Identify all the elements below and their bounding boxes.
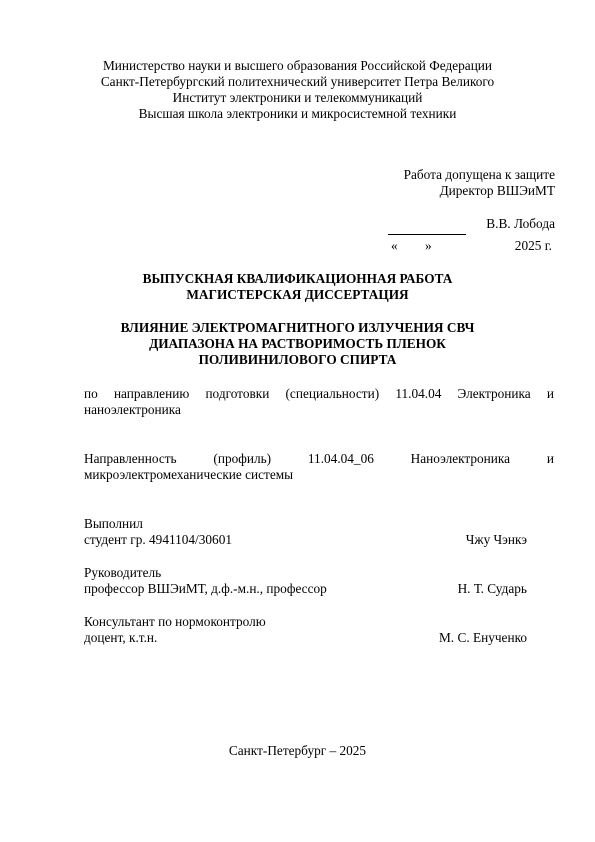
director-position: Директор ВШЭиМТ (440, 183, 555, 199)
direction-word: 11.04.04 (395, 386, 441, 402)
signature-line (388, 234, 466, 235)
direction-word: по (84, 386, 98, 402)
profile-word: 11.04.04_06 (308, 451, 374, 467)
ministry-line: Министерство науки и высшего образования… (0, 58, 595, 74)
work-type-line-1: ВЫПУСКНАЯ КВАЛИФИКАЦИОННАЯ РАБОТА (0, 271, 595, 287)
direction-word: Электроника (458, 386, 531, 402)
direction-word: подготовки (205, 386, 269, 402)
consultant-name: М. С. Енученко (439, 630, 527, 646)
direction-word: направлению (114, 386, 189, 402)
profile-word: (профиль) (213, 451, 271, 467)
author-detail: студент гр. 4941104/30601 (84, 532, 232, 548)
direction-line-1: по направлению подготовки (специальности… (84, 386, 554, 402)
institute-line: Институт электроники и телекоммуникаций (0, 90, 595, 106)
supervisor-name: Н. Т. Сударь (458, 581, 527, 597)
profile-line-2: микроэлектромеханические системы (84, 467, 293, 483)
title-line-1: ВЛИЯНИЕ ЭЛЕКТРОМАГНИТНОГО ИЗЛУЧЕНИЯ СВЧ (0, 320, 595, 336)
date-quote-close: » (425, 238, 432, 254)
university-line: Санкт-Петербургский политехнический унив… (0, 74, 595, 90)
profile-word: и (547, 451, 554, 467)
direction-word: и (547, 386, 554, 402)
author-role: Выполнил (84, 516, 143, 532)
city-year: Санкт-Петербург – 2025 (0, 743, 595, 759)
school-line: Высшая школа электроники и микросистемно… (0, 106, 595, 122)
director-name: В.В. Лобода (486, 216, 555, 232)
date-quote-open: « (391, 238, 398, 254)
consultant-detail: доцент, к.т.н. (84, 630, 157, 646)
author-name: Чжу Чэнкэ (466, 532, 527, 548)
supervisor-role: Руководитель (84, 565, 161, 581)
profile-word: Направленность (84, 451, 177, 467)
consultant-role: Консультант по нормоконтролю (84, 614, 266, 630)
title-line-2: ДИАПАЗОНА НА РАСТВОРИМОСТЬ ПЛЕНОК (0, 336, 595, 352)
supervisor-detail: профессор ВШЭиМТ, д.ф.-м.н., профессор (84, 581, 327, 597)
title-line-3: ПОЛИВИНИЛОВОГО СПИРТА (0, 352, 595, 368)
profile-line-1: Направленность (профиль) 11.04.04_06 Нан… (84, 451, 554, 467)
work-type-line-2: МАГИСТЕРСКАЯ ДИССЕРТАЦИЯ (0, 287, 595, 303)
admitted-text: Работа допущена к защите (404, 167, 555, 183)
profile-word: Наноэлектроника (411, 451, 510, 467)
direction-line-2: наноэлектроника (84, 402, 181, 418)
direction-word: (специальности) (286, 386, 380, 402)
approval-year: 2025 г. (515, 238, 552, 254)
